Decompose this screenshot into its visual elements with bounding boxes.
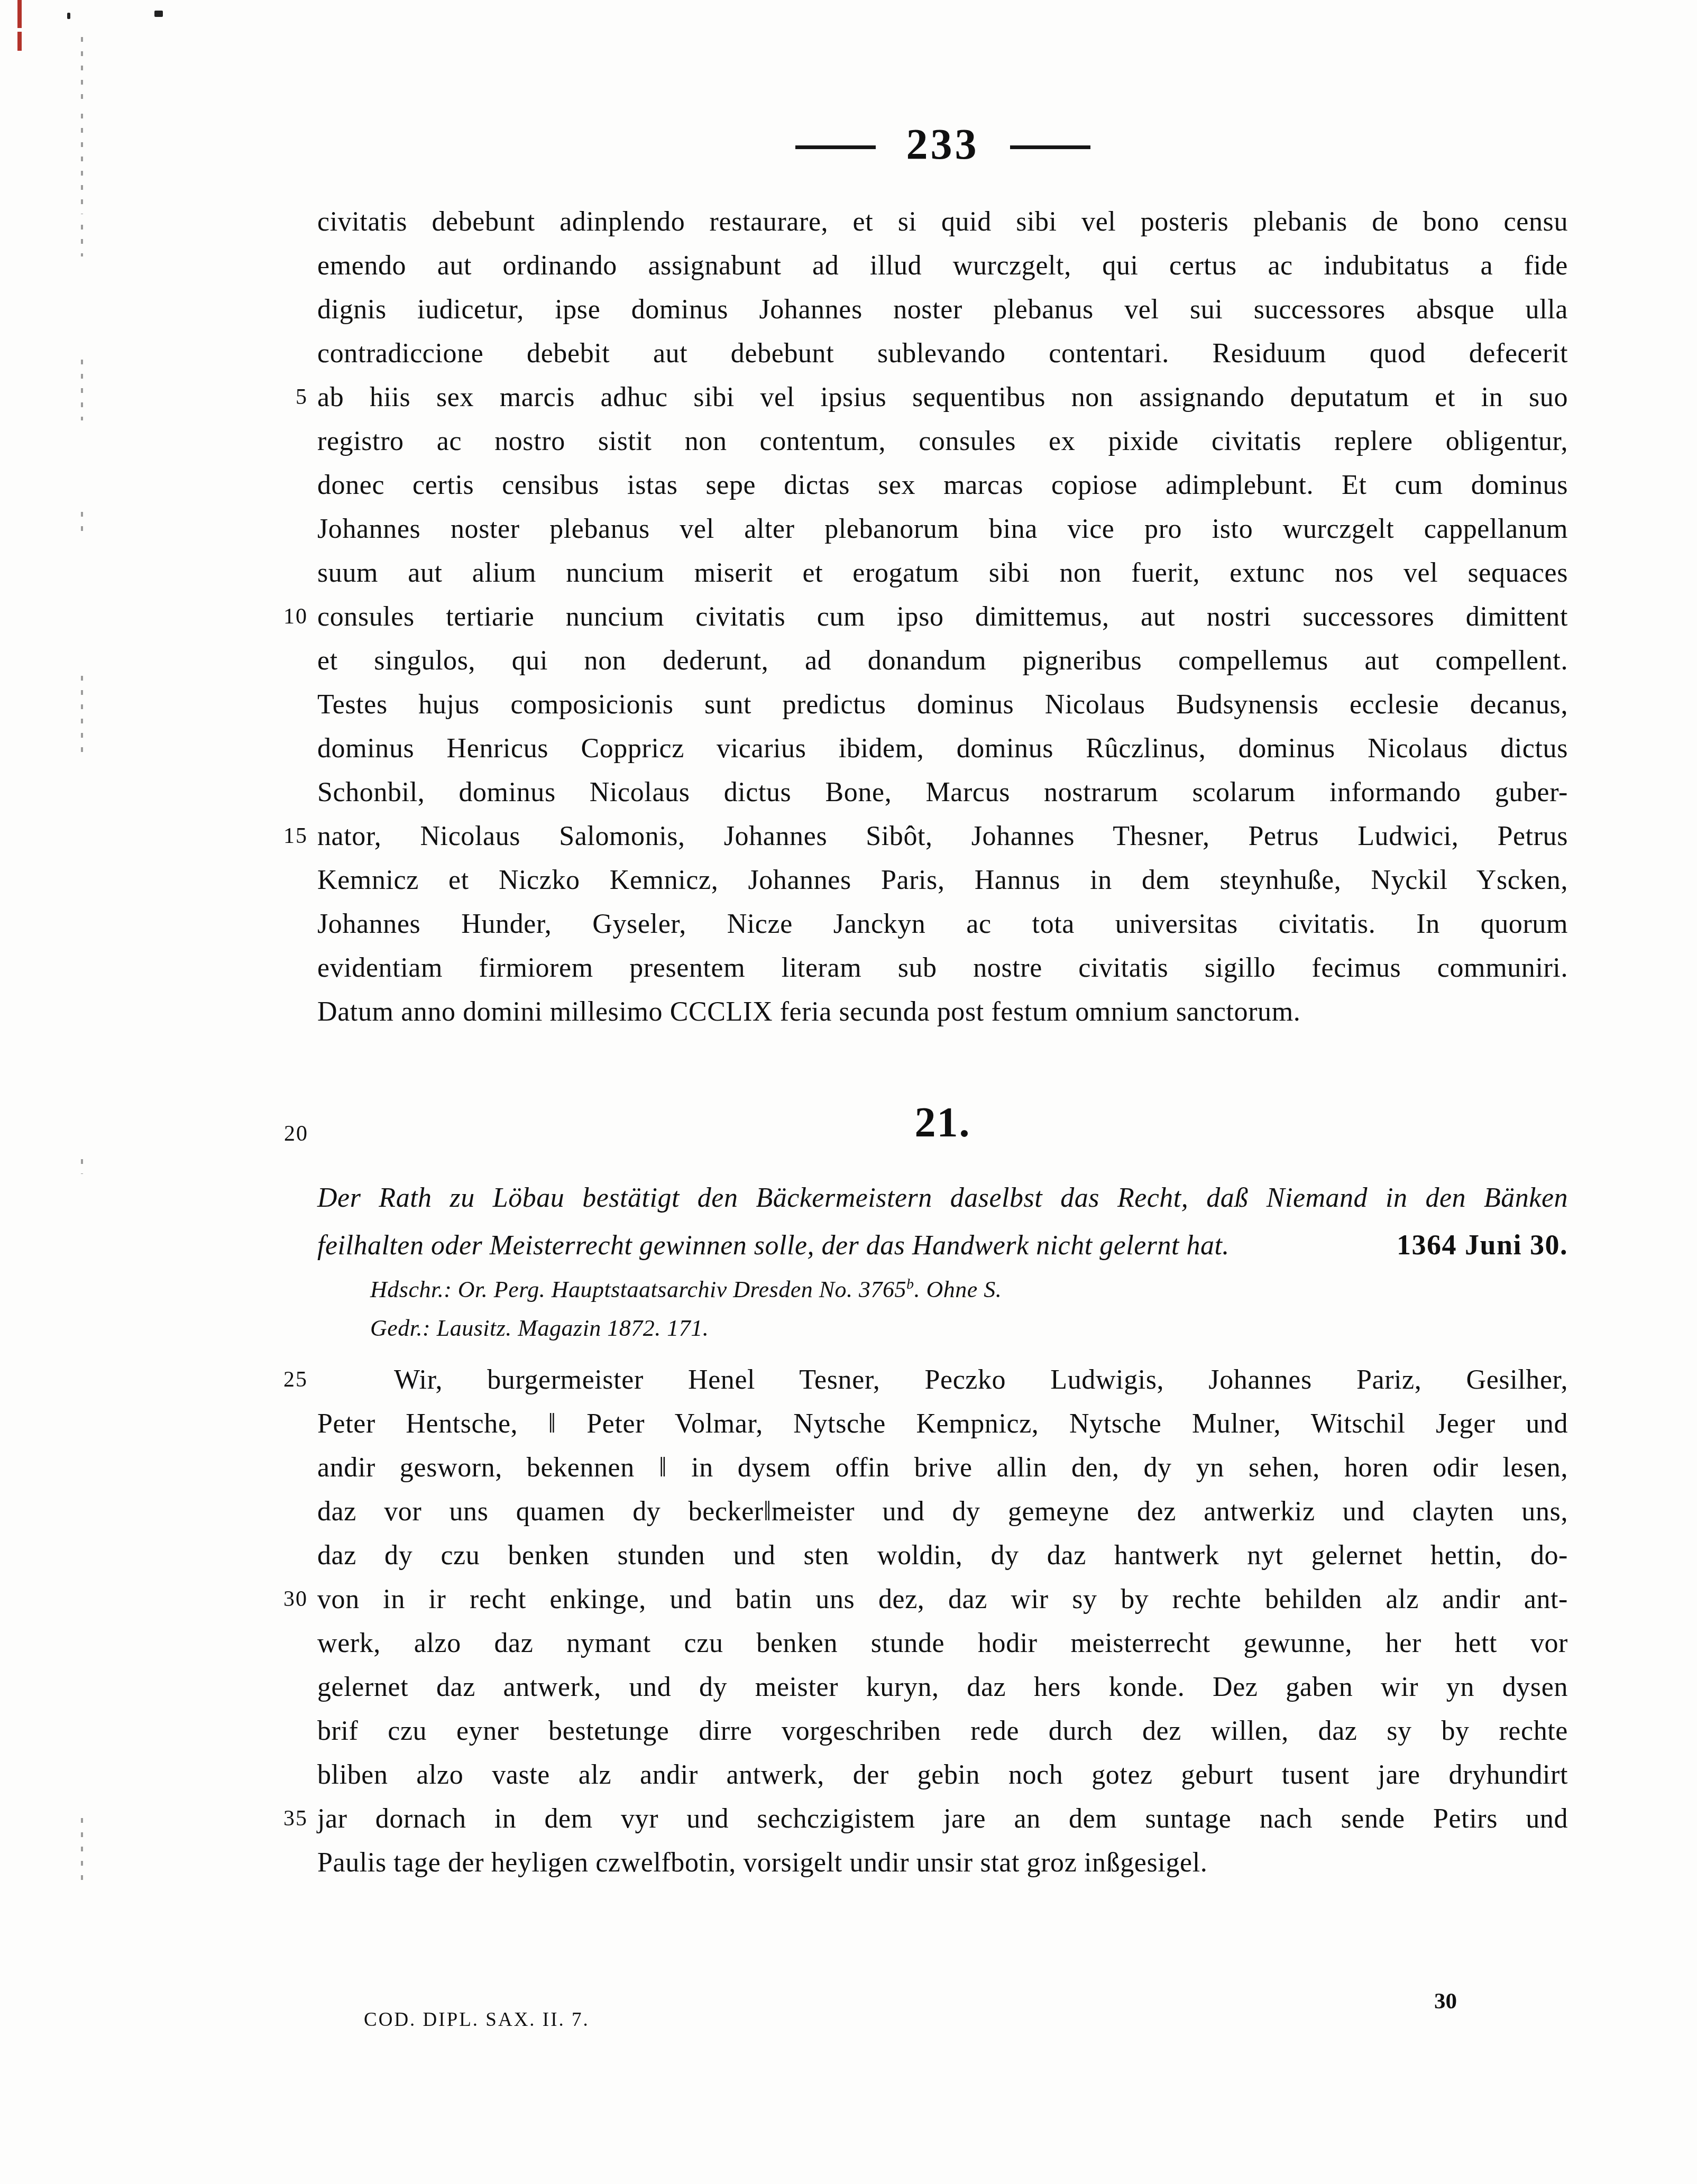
red-pen-mark [17, 0, 22, 51]
text-line: gelernet daz antwerk, und dy meister kur… [317, 1665, 1568, 1709]
source-hdschr-superscript: b [906, 1276, 914, 1292]
entry-21-text: 25Wir, burgermeister Henel Tesner, Peczk… [317, 1358, 1568, 1885]
text-line: Kemnicz et Niczko Kemnicz, Johannes Pari… [317, 858, 1568, 902]
line-text: dominus Henricus Coppricz vicarius ibide… [317, 733, 1568, 764]
text-line: Johannes Hunder, Gyseler, Nicze Janckyn … [317, 902, 1568, 946]
line-text: andir gesworn, bekennen ‖ in dysem offin… [317, 1453, 1568, 1483]
headnote-line-2: feilhalten oder Meisterrecht gewinnen so… [317, 1222, 1568, 1268]
headnote-date: 1364 Juni 30. [1397, 1222, 1568, 1268]
line-text: suum aut alium nuncium miserit et erogat… [317, 558, 1568, 588]
margin-line-number: 5 [239, 375, 308, 419]
line-text: daz vor uns quamen dy becker‖meister und… [317, 1497, 1568, 1527]
text-line: evidentiam firmiorem presentem literam s… [317, 946, 1568, 990]
gutter-artifact [81, 225, 83, 256]
gutter-artifact [81, 676, 83, 758]
source-gedr: Gedr.: Lausitz. Magazin 1872. 171. [370, 1309, 1568, 1347]
text-line: 35jar dornach in dem vyr und sechczigist… [317, 1797, 1568, 1841]
book-page: 233 civitatis debebunt adinplendo restau… [0, 0, 1697, 2184]
entry-21-headnote: Der Rath zu Löbau bestätigt den Bäckerme… [317, 1175, 1568, 1268]
text-line: 10consules tertiarie nuncium civitatis c… [317, 595, 1568, 639]
gutter-artifact [81, 37, 83, 100]
text-line: contradiccione debebit aut debebunt subl… [317, 332, 1568, 375]
text-line: Schonbil, dominus Nicolaus dictus Bone, … [317, 770, 1568, 814]
line-text: Schonbil, dominus Nicolaus dictus Bone, … [317, 777, 1568, 807]
entry-20-text: civitatis debebunt adinplendo restaurare… [317, 200, 1568, 1034]
line-text: Johannes Hunder, Gyseler, Nicze Janckyn … [317, 909, 1568, 939]
line-text: Kemnicz et Niczko Kemnicz, Johannes Pari… [317, 865, 1568, 895]
text-line: daz dy czu benken stunden und sten woldi… [317, 1534, 1568, 1577]
text-line: civitatis debebunt adinplendo restaurare… [317, 200, 1568, 244]
gutter-artifact [81, 512, 83, 533]
text-line: donec certis censibus istas sepe dictas … [317, 463, 1568, 507]
source-hdschr: Hdschr.: Or. Perg. Hauptstaatsarchiv Dre… [370, 1270, 1568, 1309]
footer-sheet-number: 30 [1434, 1988, 1457, 2014]
entry-21-heading: 21. [317, 1094, 1568, 1152]
line-text: nator, Nicolaus Salomonis, Johannes Sibô… [317, 821, 1568, 851]
margin-line-number: 10 [239, 595, 308, 639]
gutter-artifact [81, 114, 83, 214]
line-text: dignis iudicetur, ipse dominus Johannes … [317, 295, 1568, 325]
headnote-line-1: Der Rath zu Löbau bestätigt den Bäckerme… [317, 1175, 1568, 1222]
header-rule-right [1010, 145, 1090, 149]
line-text: brif czu eyner bestetunge dirre vorgesch… [317, 1716, 1568, 1746]
text-line: daz vor uns quamen dy becker‖meister und… [317, 1490, 1568, 1534]
line-text: evidentiam firmiorem presentem literam s… [317, 953, 1568, 983]
line-text: werk, alzo daz nymant czu benken stunde … [317, 1628, 1568, 1658]
text-line: 30von in ir recht enkinge, und batin uns… [317, 1577, 1568, 1621]
line-text: consules tertiarie nuncium civitatis cum… [317, 602, 1568, 632]
text-line: dominus Henricus Coppricz vicarius ibide… [317, 727, 1568, 770]
line-text: registro ac nostro sistit non contentum,… [317, 426, 1568, 456]
line-text: daz dy czu benken stunden und sten woldi… [317, 1540, 1568, 1571]
line-text: et singulos, qui non dederunt, ad donand… [317, 646, 1568, 676]
text-line: dignis iudicetur, ipse dominus Johannes … [317, 288, 1568, 332]
line-text: Testes hujus composicionis sunt predictu… [317, 690, 1568, 720]
margin-line-number: 35 [239, 1797, 308, 1841]
text-line: 5ab hiis sex marcis adhuc sibi vel ipsiu… [317, 375, 1568, 419]
text-line: brif czu eyner bestetunge dirre vorgesch… [317, 1709, 1568, 1753]
line-text: bliben alzo vaste alz andir antwerk, der… [317, 1760, 1568, 1790]
text-line: andir gesworn, bekennen ‖ in dysem offin… [317, 1446, 1568, 1490]
line-text: Paulis tage der heyligen czwelfbotin, vo… [317, 1848, 1207, 1878]
text-line: 25Wir, burgermeister Henel Tesner, Peczk… [317, 1358, 1568, 1402]
page-number: 233 [906, 115, 979, 173]
page-header: 233 [317, 115, 1568, 173]
line-text: ab hiis sex marcis adhuc sibi vel ipsius… [317, 382, 1568, 412]
margin-line-number: 25 [239, 1358, 308, 1402]
line-text: Wir, burgermeister Henel Tesner, Peczko … [394, 1365, 1568, 1395]
text-line: 15nator, Nicolaus Salomonis, Johannes Si… [317, 814, 1568, 858]
line-text: donec certis censibus istas sepe dictas … [317, 470, 1568, 500]
text-line: bliben alzo vaste alz andir antwerk, der… [317, 1753, 1568, 1797]
text-line: registro ac nostro sistit non contentum,… [317, 419, 1568, 463]
margin-line-number: 20 [241, 1121, 308, 1146]
text-line: werk, alzo daz nymant czu benken stunde … [317, 1621, 1568, 1665]
line-text: emendo aut ordinando assignabunt ad illu… [317, 251, 1568, 281]
text-line: Datum anno domini millesimo CCCLIX feria… [317, 990, 1568, 1034]
text-line: Testes hujus composicionis sunt predictu… [317, 683, 1568, 727]
source-hdschr-text: Hdschr.: Or. Perg. Hauptstaatsarchiv Dre… [370, 1277, 906, 1302]
gutter-artifact [81, 360, 83, 420]
gutter-artifact [81, 1159, 83, 1174]
text-line: emendo aut ordinando assignabunt ad illu… [317, 244, 1568, 288]
line-text: von in ir recht enkinge, und batin uns d… [317, 1584, 1568, 1614]
text-line: Paulis tage der heyligen czwelfbotin, vo… [317, 1841, 1568, 1885]
line-text: gelernet daz antwerk, und dy meister kur… [317, 1672, 1568, 1702]
line-text: jar dornach in dem vyr und sechczigistem… [317, 1804, 1568, 1834]
line-text: Datum anno domini millesimo CCCLIX feria… [317, 997, 1300, 1027]
footer-signature: COD. DIPL. SAX. II. 7. [364, 2008, 590, 2031]
text-line: Johannes noster plebanus vel alter pleba… [317, 507, 1568, 551]
text-line: et singulos, qui non dederunt, ad donand… [317, 639, 1568, 683]
line-text: Peter Hentsche, ‖ Peter Volmar, Nytsche … [317, 1409, 1568, 1439]
headnote-line-2-text: feilhalten oder Meisterrecht gewinnen so… [317, 1223, 1230, 1269]
line-text: contradiccione debebit aut debebunt subl… [317, 338, 1568, 369]
line-text: Johannes noster plebanus vel alter pleba… [317, 514, 1568, 544]
gutter-artifact [81, 1818, 83, 1884]
entry-21-sources: Hdschr.: Or. Perg. Hauptstaatsarchiv Dre… [370, 1270, 1568, 1347]
text-line: Peter Hentsche, ‖ Peter Volmar, Nytsche … [317, 1402, 1568, 1446]
header-rule-left [795, 145, 876, 149]
scan-speck [154, 11, 163, 17]
margin-line-number: 15 [239, 814, 308, 858]
source-hdschr-tail: . Ohne S. [914, 1277, 1002, 1302]
scan-speck [67, 13, 70, 19]
text-line: suum aut alium nuncium miserit et erogat… [317, 551, 1568, 595]
line-text: civitatis debebunt adinplendo restaurare… [317, 207, 1568, 237]
margin-line-number: 30 [239, 1577, 308, 1621]
